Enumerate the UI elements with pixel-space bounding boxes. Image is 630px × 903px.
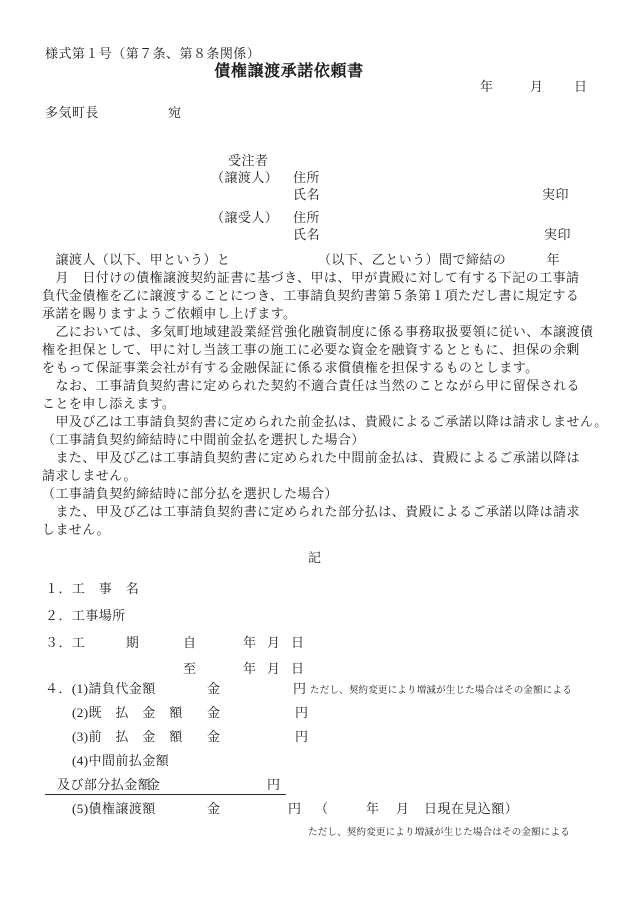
- period-to-label: 至: [183, 661, 196, 677]
- item-construction-site: ２．工事場所: [45, 608, 126, 624]
- paid-amount-yen: 円: [295, 705, 308, 721]
- assignor-label: （譲渡人）: [211, 170, 278, 186]
- item-partial-payment-row: 及び部分払金額 金 円: [45, 775, 286, 795]
- body-line: ことを申し添えます。: [42, 395, 617, 413]
- document-title: 債権譲渡承諾依頼書: [0, 58, 578, 81]
- footnote: ただし、契約変更により増減が生じた場合はその金額による: [308, 827, 570, 839]
- body-line: 月 日付けの債権譲渡契約証書に基づき、甲は、甲が貴殿に対して有する下記の工事請: [42, 269, 617, 287]
- body-line: 譲渡人（以下、甲という）と （以下、乙という）間で締結の 年: [42, 251, 617, 269]
- body-line: をもって保証事業会社が有する金融保証に係る求償債権を担保するものとします。: [42, 359, 617, 377]
- assignor-address-label: 住所: [293, 170, 320, 186]
- advance-amount-yen: 円: [295, 729, 308, 745]
- period-from-label: 自: [183, 635, 196, 651]
- contractor-header: 受注者: [228, 153, 268, 169]
- partial-payment-yen: 円: [267, 777, 280, 793]
- body-line: （工事請負契約締結時に中間前金払を選択した場合）: [42, 431, 617, 449]
- date-year-label: 年: [480, 79, 493, 95]
- assignor-seal-label: 実印: [542, 187, 569, 203]
- document-page: 様式第１号（第７条、第８条関係） 債権譲渡承諾依頼書 年 月 日 多気町長 宛 …: [0, 0, 630, 903]
- assigned-amount-year: 年: [366, 801, 379, 817]
- body-line: 権を担保として、甲に対し当該工事の施工に必要な資金を融資するとともに、担保の余剰: [42, 341, 617, 359]
- body-line: 甲及び乙は工事請負契約書に定められた前金払は、貴殿によるご承諾以降は請求しません…: [42, 413, 617, 431]
- contract-amount-note: ただし、契約変更により増減が生じた場合はその金額による: [310, 685, 572, 697]
- item-assigned-amount: (5)債権譲渡額: [72, 801, 156, 817]
- assignee-address-label: 住所: [293, 210, 320, 226]
- ki-marker: 記: [42, 547, 587, 566]
- period-to-year: 年: [243, 661, 256, 677]
- item-paid-amount: (2)既 払 金 額: [72, 705, 183, 721]
- item-period: ３．工 期: [45, 635, 139, 651]
- contract-amount-kin: 金: [207, 681, 220, 697]
- body-line: 承諾を賜りますようご依頼申し上げます。: [42, 305, 617, 323]
- advance-amount-kin: 金: [207, 729, 220, 745]
- item-interim-advance: (4)中間前払金額: [72, 753, 169, 769]
- item-construction-name: １．工 事 名: [45, 581, 139, 597]
- body-line: しません。: [42, 521, 617, 539]
- assignee-seal-label: 実印: [544, 227, 571, 243]
- body-line: 負代金債権を乙に譲渡することにつき、工事請負契約書第５条第１項ただし書に規定する: [42, 287, 617, 305]
- assigned-amount-paren: （: [315, 801, 328, 817]
- partial-payment-kin: 金: [147, 777, 160, 793]
- period-from-day: 日: [291, 635, 304, 651]
- period-from-month: 月: [267, 635, 280, 651]
- assigned-amount-yen: 円: [288, 801, 301, 817]
- assignee-name-label: 氏名: [293, 227, 320, 243]
- contract-amount-yen: 円: [293, 681, 306, 697]
- body-line: なお、工事請負契約書に定められた契約不適合責任は当然のことながら甲に留保される: [42, 377, 617, 395]
- partial-payment-label: 及び部分払金額: [57, 777, 151, 793]
- body-line: 乙においては、多気町地域建設業経営強化融資制度に係る事務取扱要領に従い、本譲渡債: [42, 323, 617, 341]
- period-to-month: 月: [267, 661, 280, 677]
- assignor-name-label: 氏名: [293, 187, 320, 203]
- period-from-year: 年: [243, 635, 256, 651]
- addressee-name: 多気町長: [45, 105, 99, 121]
- addressee-suffix: 宛: [168, 105, 181, 121]
- assigned-amount-tail: 日現在見込額）: [424, 801, 518, 817]
- body-line: 請求しません。: [42, 467, 617, 485]
- body-text: 譲渡人（以下、甲という）と （以下、乙という）間で締結の 年 月 日付けの債権譲…: [42, 251, 617, 539]
- assignee-label: （譲受人）: [211, 210, 278, 226]
- item-contract-amount: ４．(1)請負代金額: [45, 681, 156, 697]
- item-advance-amount: (3)前 払 金 額: [72, 729, 183, 745]
- date-day-label: 日: [574, 79, 587, 95]
- body-line: また、甲及び乙は工事請負契約書に定められた部分払は、貴殿によるご承諾以降は請求: [42, 503, 617, 521]
- assigned-amount-kin: 金: [207, 801, 220, 817]
- assigned-amount-month: 月: [396, 801, 409, 817]
- period-to-day: 日: [291, 661, 304, 677]
- paid-amount-kin: 金: [207, 705, 220, 721]
- body-line: また、甲及び乙は工事請負契約書に定められた中間前金払は、貴殿によるご承諾以降は: [42, 449, 617, 467]
- date-month-label: 月: [530, 79, 543, 95]
- body-line: （工事請負契約締結時に部分払を選択した場合）: [42, 485, 617, 503]
